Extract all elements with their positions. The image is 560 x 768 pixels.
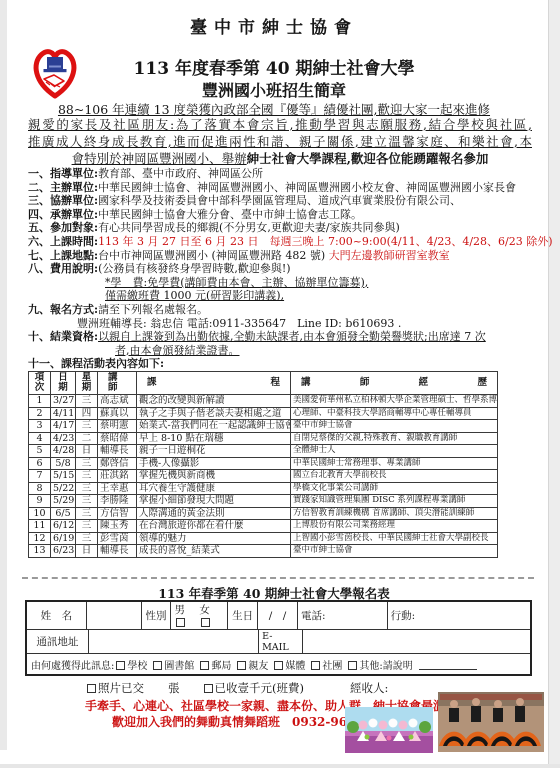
course-row: 10 6/5 三 方信智 人際溝通的黃金法則 方信智教育訓練機構 首席講師、頂尖… — [29, 507, 498, 520]
course-row: 5 4/28 日 輔導長 親子一日遊桐花 全體紳士人 — [29, 445, 498, 458]
course-row: 13 6/23 日 輔導長 成長的喜悅_結業式 臺中市紳士協會 — [29, 545, 498, 558]
course-teacher: 方信智 — [98, 507, 137, 520]
course-date: 6/23 — [51, 545, 76, 558]
course-no: 12 — [29, 532, 51, 545]
gender-options: 男女 — [171, 602, 228, 629]
class-time-red-text: 113 年 3 月 27 日至 6 月 23 日 每週三晚上 7:00~9:00… — [98, 235, 552, 248]
course-title: 早上 8-10 點在瑞穗 — [137, 432, 291, 445]
course-teacher: 莊淇銘 — [98, 470, 137, 483]
photo-fee-line: 照片已交 張 已收壹千元(班費) 經收人: — [85, 680, 388, 696]
col-header-no: 項 次 — [29, 372, 51, 395]
list-item-8: 八、費用說明:(公務員有核發終身學習時數,歡迎參與!) — [28, 262, 544, 276]
fee-received-label: 已收壹千元(班費) — [215, 680, 304, 696]
course-day: 三 — [76, 395, 98, 408]
teacher-bio: 方信智教育訓練機構 首席講師、頂尖潛能訓練師 — [291, 507, 498, 520]
course-no: 9 — [29, 495, 51, 508]
teacher-bio: 心理師、中臺科技大學諮商輔導中心專任輔導員 — [291, 407, 498, 420]
course-title: 觀念的改變與新解讀 — [137, 395, 291, 408]
form-row-address: 通訊地址 E-MAIL — [27, 630, 530, 654]
course-row: 12 6/19 三 彭雪茵 領導的魅力 上智國小彭雪茵校長、中華民國紳士社會大學… — [29, 532, 498, 545]
source-checkbox[interactable] — [237, 661, 246, 670]
course-no: 8 — [29, 482, 51, 495]
course-day: 三 — [76, 495, 98, 508]
course-teacher: 李勝隆 — [98, 495, 137, 508]
course-date: 4/23 — [51, 432, 76, 445]
course-teacher: 輔導長 — [98, 545, 137, 558]
course-teacher: 鄭啓信 — [98, 457, 137, 470]
course-date: 6/5 — [51, 507, 76, 520]
receiver-label: 經收人: — [350, 680, 388, 696]
course-date: 5/8 — [51, 457, 76, 470]
birthday-label: 生日 — [228, 602, 258, 629]
source-checkbox[interactable] — [153, 661, 162, 670]
course-date: 4/28 — [51, 445, 76, 458]
gender-option: 男 — [174, 602, 195, 629]
course-date: 6/19 — [51, 532, 76, 545]
course-table-header-row: 項 次 日 期 星 期 講 師 課 程 講 師 經 歷 — [29, 372, 498, 395]
course-teacher: 王幸惠 — [98, 482, 137, 495]
address-input-area[interactable] — [89, 630, 259, 653]
course-title: 親子一日遊桐花 — [137, 445, 291, 458]
other-source-blank[interactable] — [419, 659, 477, 670]
col-header-teacher: 講 師 — [98, 372, 137, 395]
course-row: 4 4/23 二 蔡昭偉 早上 8-10 點在瑞穗 自閉兒蔡傑的父親,特殊教育、… — [29, 432, 498, 445]
org-title: 臺中市紳士協會 — [0, 13, 548, 38]
mobile-field[interactable]: 行動: — [388, 602, 530, 629]
source-option: 郵局 — [198, 661, 231, 672]
intro-line3: 會特別於神岡區豐洲國小、舉辦紳士社會大學課程,歡迎各位能踴躍報名參加 — [28, 150, 532, 167]
gender-checkbox[interactable] — [201, 618, 210, 627]
course-date: 6/12 — [51, 520, 76, 533]
course-no: 10 — [29, 507, 51, 520]
source-label: 由何處獲得此訊息: — [31, 657, 114, 672]
list-item-10: 十、結業資格:以親自上課簽到為出勤依據,全勤未缺課者,由本會頒發全勤榮譽獎狀;出… — [28, 330, 544, 344]
course-title: 人際溝通的黃金法則 — [137, 507, 291, 520]
main-title-line1: 113 年度春季第 40 期紳士社會大學 — [0, 54, 548, 79]
list-item-7: 七、上課地點:台中市神岡區豐洲國小 (神岡區豐洲路 482 號) 大門左邊教師研… — [28, 249, 544, 263]
course-title: 成長的喜悅_結業式 — [137, 545, 291, 558]
list-item-1: 一、指導單位:教育部、臺中市政府、神岡區公所 — [28, 167, 544, 181]
course-no: 13 — [29, 545, 51, 558]
address-label: 通訊地址 — [27, 630, 89, 653]
dance-class-group-photo — [345, 707, 433, 753]
teacher-bio: 臺中市紳士協會 — [291, 420, 498, 433]
course-day: 二 — [76, 432, 98, 445]
teacher-bio: 國立台北教育大學前校長 — [291, 470, 498, 483]
course-teacher: 陳玉秀 — [98, 520, 137, 533]
course-day: 三 — [76, 420, 98, 433]
course-teacher: 蘇真以 — [98, 407, 137, 420]
source-checkbox[interactable] — [116, 661, 125, 670]
col-header-bio: 講 師 經 歷 — [291, 372, 498, 395]
intro-line2: 推廣成人終身成長教育,進而促進兩性和諧、親子關係,建立溫馨家庭、和樂社會,本 — [28, 133, 532, 150]
page-edge-bottom — [0, 764, 560, 768]
course-date: 4/17 — [51, 420, 76, 433]
teacher-bio: 自閉兒蔡傑的父親,特殊教育、親職教育講師 — [291, 432, 498, 445]
form-row-source: 由何處獲得此訊息: 學校圖書館郵局親友媒體社團 其他:請說明 — [27, 654, 530, 674]
intro-line1: 親愛的家長及社區朋友:為了落實本會宗旨,推動學習與志願服務,結合學校與社區, — [28, 116, 532, 133]
col-header-date: 日 期 — [51, 372, 76, 395]
source-checkbox[interactable] — [200, 661, 209, 670]
course-row: 2 4/11 四 蘇真以 執子之手與子偕老談夫妻相處之道 心理師、中臺科技大學諮… — [29, 407, 498, 420]
course-date: 4/11 — [51, 407, 76, 420]
intro-paragraph: 親愛的家長及社區朋友:為了落實本會宗旨,推動學習與志願服務,結合學校與社區, 推… — [28, 116, 532, 167]
registration-form: 姓 名 性別 男女 生日 / / 電話: 行動: 通訊地址 E-MAIL 由何處… — [25, 600, 532, 676]
classroom-red-text: 大門左邊教師研習室教室 — [329, 249, 450, 262]
course-day: 三 — [76, 470, 98, 483]
gender-label: 性別 — [142, 602, 172, 629]
list-item-10-continued: 者,由本會頒發結業證書。 — [28, 344, 544, 358]
course-row: 6 5/8 三 鄭啓信 手機-人像攝影 中華民國紳士常務理事、專業講師 — [29, 457, 498, 470]
course-teacher: 蔡昭偉 — [98, 432, 137, 445]
source-option: 圖書館 — [151, 661, 194, 672]
course-teacher: 輔導長 — [98, 445, 137, 458]
list-item-6: 六、上課時間:113 年 3 月 27 日至 6 月 23 日 每週三晚上 7:… — [28, 235, 544, 249]
course-title: 領導的魅力 — [137, 532, 291, 545]
fee-received-checkbox[interactable] — [204, 684, 213, 693]
course-date: 5/29 — [51, 495, 76, 508]
course-day: 三 — [76, 507, 98, 520]
course-teacher: 高志斌 — [98, 395, 137, 408]
source-checkbox-other[interactable] — [348, 661, 357, 670]
name-input-area[interactable] — [87, 602, 142, 629]
course-title: 始業式-當我們同在一起認識紳士協會 — [137, 420, 291, 433]
course-no: 5 — [29, 445, 51, 458]
course-day: 三 — [76, 482, 98, 495]
list-item-5: 五、參加對象:有心共同學習成長的鄉親(不分男女,更歡迎夫妻/家族共同參與) — [28, 221, 544, 235]
course-row: 8 5/22 三 王幸惠 耳穴養生守護健康 學橋文化事業公司講師 — [29, 482, 498, 495]
list-item-11: 十一、課程活動表內容如下: — [28, 357, 544, 371]
course-no: 7 — [29, 470, 51, 483]
intro-line3-bold: 紳士社會大學課程,歡迎各位能踴躍報名參加 — [247, 151, 489, 166]
teacher-bio: 臺中市紳士協會 — [291, 545, 498, 558]
main-title-line2: 豐洲國小班招生簡章 — [0, 78, 548, 101]
page-edge-right — [548, 0, 560, 768]
course-date: 5/15 — [51, 470, 76, 483]
source-options: 學校圖書館郵局親友媒體社團 — [114, 657, 346, 672]
col-header-course: 課 程 — [137, 372, 291, 395]
course-date: 5/22 — [51, 482, 76, 495]
gender-checkbox[interactable] — [176, 618, 185, 627]
course-title: 耳穴養生守護健康 — [137, 482, 291, 495]
course-row: 9 5/29 三 李勝隆 掌握小細節發現大問題 實踐家知識管理集團 DISC 系… — [29, 495, 498, 508]
source-option-other: 其他:請說明 — [346, 657, 412, 672]
course-day: 日 — [76, 545, 98, 558]
teacher-bio: 上智國小彭雪茵校長、中華民國紳士社會大學副校長 — [291, 532, 498, 545]
course-teacher: 彭雪茵 — [98, 532, 137, 545]
course-title: 手機-人像攝影 — [137, 457, 291, 470]
list-item-4: 四、承辦單位:中華民國紳士協會大雅分會、臺中市紳士協會志工隊。 — [28, 208, 544, 222]
source-option: 學校 — [114, 661, 147, 672]
email-input-area[interactable] — [303, 630, 530, 653]
source-checkbox[interactable] — [274, 661, 283, 670]
source-checkbox[interactable] — [311, 661, 320, 670]
course-day: 三 — [76, 520, 98, 533]
list-item-2: 二、主辦單位:中華民國紳士協會、神岡區豐洲國小、神岡區豐洲國小校友會、神岡區豐洲… — [28, 181, 544, 195]
col-header-day: 星 期 — [76, 372, 98, 395]
course-no: 1 — [29, 395, 51, 408]
birthday-input-area[interactable]: / / — [258, 602, 298, 629]
photo-submitted-label: 照片已交 — [98, 680, 144, 696]
fee-sub-line1: *學 費:免學費(講師費由本會、主辦、協辦單位籌募), — [28, 276, 544, 290]
course-no: 2 — [29, 407, 51, 420]
course-title: 在台灣旅遊你都在看什麼 — [137, 520, 291, 533]
phone-field[interactable]: 電話: — [298, 602, 388, 629]
course-title: 執子之手與子偕老談夫妻相處之道 — [137, 407, 291, 420]
course-row: 3 4/17 三 蔡明憲 始業式-當我們同在一起認識紳士協會 臺中市紳士協會 — [29, 420, 498, 433]
intro-line3-underline: 會特別於神岡區豐洲國小、舉辦 — [72, 151, 247, 166]
registration-contact-line: 豐洲班輔導長: 翁忠信 電話:0911-335647 Line ID: b610… — [28, 317, 544, 331]
teacher-bio: 全體紳士人 — [291, 445, 498, 458]
teacher-bio: 中華民國紳士常務理事、專業講師 — [291, 457, 498, 470]
gender-option: 女 — [199, 602, 220, 629]
course-teacher: 蔡明憲 — [98, 420, 137, 433]
course-title: 掌握先機與新商機 — [137, 470, 291, 483]
list-item-3: 三、協辦單位:國家科學及技術委員會中部科學園區管理局、道成汽車實業股份有限公司、 — [28, 194, 544, 208]
course-day: 三 — [76, 532, 98, 545]
info-list: 一、指導單位:教育部、臺中市政府、神岡區公所 二、主辦單位:中華民國紳士協會、神… — [28, 167, 544, 371]
email-label: E-MAIL — [259, 630, 303, 653]
source-option: 親友 — [235, 661, 268, 672]
dashed-divider — [22, 577, 534, 579]
teacher-bio: 上博股份有限公司業務經理 — [291, 520, 498, 533]
course-no: 4 — [29, 432, 51, 445]
list-item-9: 九、報名方式:請至下列報名處報名。 — [28, 303, 544, 317]
teacher-bio: 實踐家知識管理集團 DISC 系列課程專業講師 — [291, 495, 498, 508]
course-date: 3/27 — [51, 395, 76, 408]
sheets-label: 張 — [168, 680, 180, 696]
form-row-name: 姓 名 性別 男女 生日 / / 電話: 行動: — [27, 602, 530, 630]
course-day: 三 — [76, 457, 98, 470]
photo-submitted-checkbox[interactable] — [87, 684, 96, 693]
course-row: 7 5/15 三 莊淇銘 掌握先機與新商機 國立台北教育大學前校長 — [29, 470, 498, 483]
course-day: 日 — [76, 445, 98, 458]
teacher-bio: 學橋文化事業公司講師 — [291, 482, 498, 495]
course-no: 3 — [29, 420, 51, 433]
source-option: 媒體 — [272, 661, 305, 672]
teacher-bio: 美國愛荷華州私立柏林頓大學企業管理碩士、哲學系博士 — [291, 395, 498, 408]
course-title: 掌握小細節發現大問題 — [137, 495, 291, 508]
course-no: 11 — [29, 520, 51, 533]
course-day: 四 — [76, 407, 98, 420]
source-option: 社團 — [309, 661, 342, 672]
course-no: 6 — [29, 457, 51, 470]
course-schedule-table: 項 次 日 期 星 期 講 師 課 程 講 師 經 歷 1 3/27 三 高志斌… — [28, 371, 498, 558]
orange-skirt-dancers-photo — [438, 692, 544, 752]
fee-sub-line2: 僅需繳班費 1000 元(研習影印講義), — [28, 289, 544, 303]
course-row: 11 6/12 三 陳玉秀 在台灣旅遊你都在看什麼 上博股份有限公司業務經理 — [29, 520, 498, 533]
name-label: 姓 名 — [27, 602, 87, 629]
course-row: 1 3/27 三 高志斌 觀念的改變與新解讀 美國愛荷華州私立柏林頓大學企業管理… — [29, 395, 498, 408]
